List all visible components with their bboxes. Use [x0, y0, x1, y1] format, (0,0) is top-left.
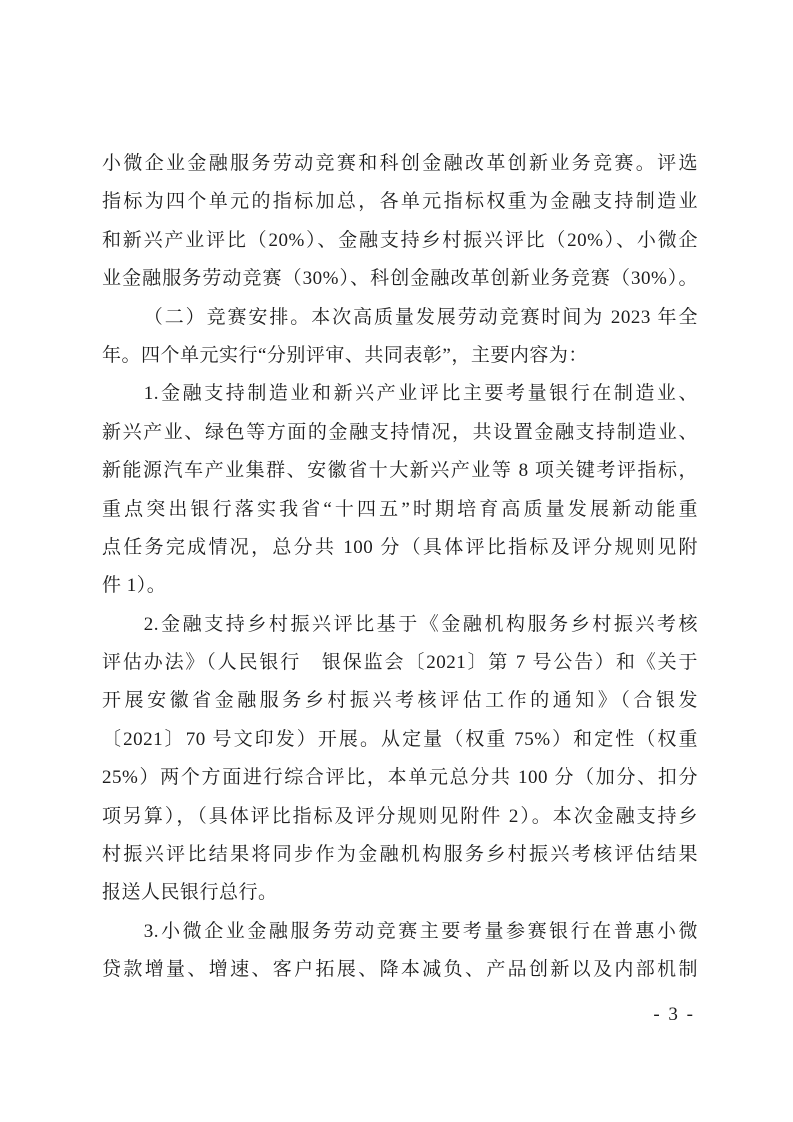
text-line: 贷款增量、增速、客户拓展、降本减负、产品创新以及内部机制	[102, 951, 698, 989]
text-line: 年。四个单元实行“分别评审、共同表彰”，主要内容为：	[102, 337, 698, 375]
text-line: 报送人民银行总行。	[102, 874, 698, 912]
text-line: 项另算），（具体评比指标及评分规则见附件 2）。本次金融支持乡	[102, 798, 698, 836]
text-line: 2.金融支持乡村振兴评比基于《金融机构服务乡村振兴考核	[102, 606, 698, 644]
text-line: （二）竞赛安排。本次高质量发展劳动竞赛时间为 2023 年全	[102, 299, 698, 337]
text-line: 件 1）。	[102, 567, 698, 605]
text-line: 25%）两个方面进行综合评比，本单元总分共 100 分（加分、扣分	[102, 759, 698, 797]
text-line: 〔2021〕70 号文印发）开展。从定量（权重 75%）和定性（权重	[102, 721, 698, 759]
text-line: 新兴产业、绿色等方面的金融支持情况，共设置金融支持制造业、	[102, 414, 698, 452]
text-line: 小微企业金融服务劳动竞赛和科创金融改革创新业务竞赛。评选	[102, 145, 698, 183]
text-line: 业金融服务劳动竞赛（30%）、科创金融改革创新业务竞赛（30%）。	[102, 260, 698, 298]
text-line: 开展安徽省金融服务乡村振兴考核评估工作的通知》（合银发	[102, 682, 698, 720]
text-line: 村振兴评比结果将同步作为金融机构服务乡村振兴考核评估结果	[102, 836, 698, 874]
document-body: 小微企业金融服务劳动竞赛和科创金融改革创新业务竞赛。评选指标为四个单元的指标加总…	[102, 145, 698, 990]
text-line: 点任务完成情况，总分共 100 分（具体评比指标及评分规则见附	[102, 529, 698, 567]
text-line: 和新兴产业评比（20%）、金融支持乡村振兴评比（20%）、小微企	[102, 222, 698, 260]
text-line: 评估办法》（人民银行 银保监会〔2021〕第 7 号公告）和《关于	[102, 644, 698, 682]
page-number: - 3 -	[653, 1000, 695, 1030]
document-page: 小微企业金融服务劳动竞赛和科创金融改革创新业务竞赛。评选指标为四个单元的指标加总…	[0, 0, 793, 1122]
text-line: 3.小微企业金融服务劳动竞赛主要考量参赛银行在普惠小微	[102, 913, 698, 951]
text-line: 1.金融支持制造业和新兴产业评比主要考量银行在制造业、	[102, 375, 698, 413]
text-line: 新能源汽车产业集群、安徽省十大新兴产业等 8 项关键考评指标，	[102, 452, 698, 490]
text-line: 指标为四个单元的指标加总，各单元指标权重为金融支持制造业	[102, 183, 698, 221]
text-line: 重点突出银行落实我省“十四五”时期培育高质量发展新动能重	[102, 491, 698, 529]
